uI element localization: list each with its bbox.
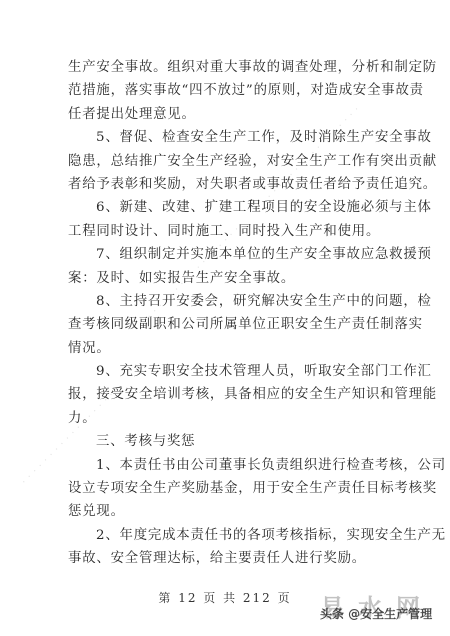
text-line: 2、年度完成本责任书的各项考核指标，实现安全生产无 [68, 524, 382, 547]
text-line: 任者提出处理意见。 [68, 103, 382, 126]
text-line: 5、督促、检查安全生产工作，及时消除生产安全事故 [68, 126, 382, 149]
text-line: 隐患，总结推广安全生产经验，对安全生产工作有突出贡献 [68, 150, 382, 173]
brand-watermark-caption: 头条 @安全生产管理 [320, 605, 432, 622]
text-line: 8、主持召开安委会，研究解决安全生产中的问题，检 [68, 290, 382, 313]
body-text: 生产安全事故。组织对重大事故的调查处理，分析和制定防范措施，落实事故“四不放过”… [68, 56, 382, 571]
text-line: 范措施，落实事故“四不放过”的原则，对造成安全事故责 [68, 79, 382, 102]
text-line: 设立专项安全生产奖励基金，用于安全生产责任目标考核奖 [68, 477, 382, 500]
text-line: 报，接受安全培训考核，具备相应的安全生产知识和管理能 [68, 383, 382, 406]
brand-watermark: 易水网 头条 @安全生产管理 [318, 588, 446, 630]
text-line: 力。 [68, 407, 382, 430]
text-line: 案：及时、如实报告生产安全事故。 [68, 267, 382, 290]
text-line: 事故、安全管理达标，给主要责任人进行奖励。 [68, 547, 382, 570]
text-line: 三、考核与奖惩 [68, 430, 382, 453]
text-line: 情况。 [68, 337, 382, 360]
text-line: 7、组织制定并实施本单位的生产安全事故应急救援预 [68, 243, 382, 266]
text-line: 查考核同级副职和公司所属单位正职安全生产责任制落实 [68, 313, 382, 336]
document-page: · · · · · · · · · · · · · · · · · · · · … [0, 0, 450, 636]
text-line: 1、本责任书由公司董事长负责组织进行检查考核，公司 [68, 454, 382, 477]
text-line: 者给予表彰和奖励，对失职者或事故责任者给予责任追究。 [68, 173, 382, 196]
text-line: 惩兑现。 [68, 500, 382, 523]
text-line: 工程同时设计、同时施工、同时投入生产和使用。 [68, 220, 382, 243]
text-line: 9、充实专职安全技术管理人员，听取安全部门工作汇 [68, 360, 382, 383]
text-line: 生产安全事故。组织对重大事故的调查处理，分析和制定防 [68, 56, 382, 79]
text-line: 6、新建、改建、扩建工程项目的安全设施必须与主体 [68, 196, 382, 219]
